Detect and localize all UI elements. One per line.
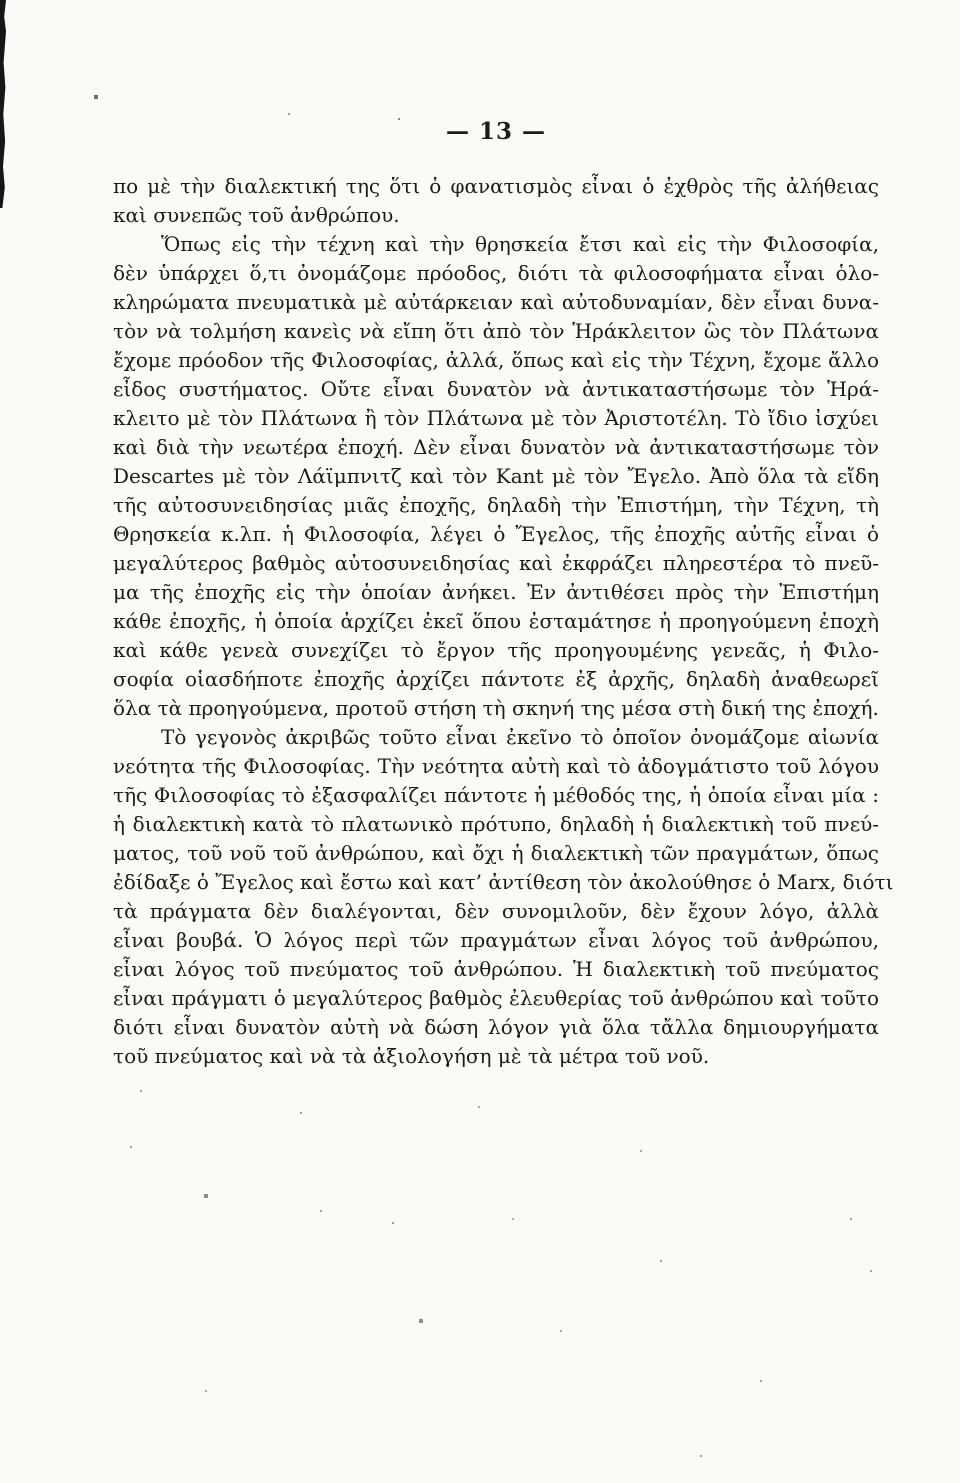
text-line: τὰ πράγματα δὲν διαλέγονται, δὲν συνομιλ… xyxy=(113,897,879,926)
text-line: Θρησκεία κ.λπ. ἡ Φιλοσοφία, λέγει ὁ Ἔγελ… xyxy=(113,520,879,549)
paragraph: Ὅπως εἰς τὴν τέχνη καὶ τὴν θρησκεία ἔτσι… xyxy=(113,230,879,723)
text-line: πο μὲ τὴν διαλεκτική της ὅτι ὁ φανατισμὸ… xyxy=(113,172,879,201)
text-line: εἶναι βουβά. Ὁ λόγος περὶ τῶν πραγμάτων … xyxy=(113,926,879,955)
text-line: ὅλα τὰ προηγούμενα, προτοῦ στήση τὴ σκην… xyxy=(113,694,879,723)
text-line: ματος, τοῦ νοῦ τοῦ ἀνθρώπου, καὶ ὄχι ἡ δ… xyxy=(113,839,879,868)
text-line: μεγαλύτερος βαθμὸς αὐτοσυνειδησίας καὶ ἐ… xyxy=(113,549,879,578)
text-line: καὶ διὰ τὴν νεωτέρα ἐποχή. Δὲν εἶναι δυν… xyxy=(113,433,879,462)
text-line: διότι εἶναι δυνατὸν αὐτὴ νὰ δώση λόγον γ… xyxy=(113,1013,879,1042)
paragraph: πο μὲ τὴν διαλεκτική της ὅτι ὁ φανατισμὸ… xyxy=(113,172,879,230)
text-line: καὶ συνεπῶς τοῦ ἀνθρώπου. xyxy=(113,201,879,230)
text-line: κληρώματα πνευματικὰ μὲ αὐτάρκειαν καὶ α… xyxy=(113,288,879,317)
text-line: κλειτο μὲ τὸν Πλάτωνα ἢ τὸν Πλάτωνα μὲ τ… xyxy=(113,404,879,433)
text-line: εἶναι λόγος τοῦ πνεύματος τοῦ ἀνθρώπου. … xyxy=(113,955,879,984)
book-page: — 13 — πο μὲ τὴν διαλεκτική της ὅτι ὁ φα… xyxy=(0,0,960,1483)
text-line: Descartes μὲ τὸν Λάϊμπνιτζ καὶ τὸν Kant … xyxy=(113,462,879,491)
text-line: μα τῆς ἐποχῆς εἰς τὴν ὁποίαν ἀνήκει. Ἐν … xyxy=(113,578,879,607)
text-line: δὲν ὑπάρχει ὅ,τι ὀνομάζομε πρόοδος, διότ… xyxy=(113,259,879,288)
scan-artifact-strip xyxy=(0,0,6,208)
scan-speckles xyxy=(0,0,2,2)
text-line: εἶδος συστήματος. Οὔτε εἶναι δυνατὸν νὰ … xyxy=(113,375,879,404)
text-line: τῆς Φιλοσοφίας τὸ ἐξασφαλίζει πάντοτε ἡ … xyxy=(113,781,879,810)
text-line: κάθε ἐποχῆς, ἡ ὁποία ἀρχίζει ἐκεῖ ὅπου ἐ… xyxy=(113,607,879,636)
text-line: τοῦ πνεύματος καὶ νὰ τὰ ἀξιολογήση μὲ τὰ… xyxy=(113,1042,879,1071)
page-text: πο μὲ τὴν διαλεκτική της ὅτι ὁ φανατισμὸ… xyxy=(113,172,879,1071)
page-number: — 13 — xyxy=(113,118,879,145)
text-line: εἶναι πράγματι ὁ μεγαλύτερος βαθμὸς ἐλευ… xyxy=(113,984,879,1013)
text-line: ἐδίδαξε ὁ Ἔγελος καὶ ἔστω καὶ κατ’ ἀντίθ… xyxy=(113,868,879,897)
text-line: νεότητα τῆς Φιλοσοφίας. Τὴν νεότητα αὐτὴ… xyxy=(113,752,879,781)
paragraph: Τὸ γεγονὸς ἀκριβῶς τοῦτο εἶναι ἐκεῖνο τὸ… xyxy=(113,723,879,1071)
text-line: σοφία οἱασδήποτε ἐποχῆς ἀρχίζει πάντοτε … xyxy=(113,665,879,694)
text-line: τῆς αὐτοσυνειδησίας μιᾶς ἐποχῆς, δηλαδὴ … xyxy=(113,491,879,520)
text-line: Ὅπως εἰς τὴν τέχνη καὶ τὴν θρησκεία ἔτσι… xyxy=(113,230,879,259)
text-line: καὶ κάθε γενεὰ συνεχίζει τὸ ἔργον τῆς πρ… xyxy=(113,636,879,665)
text-line: τὸν νὰ τολμήση κανεὶς νὰ εἴπη ὅτι ἀπὸ τὸ… xyxy=(113,317,879,346)
text-line: ἡ διαλεκτικὴ κατὰ τὸ πλατωνικὸ πρότυπο, … xyxy=(113,810,879,839)
page-content: — 13 — πο μὲ τὴν διαλεκτική της ὅτι ὁ φα… xyxy=(113,118,879,1071)
text-line: ἔχομε πρόοδον τῆς Φιλοσοφίας, ἀλλά, ὅπως… xyxy=(113,346,879,375)
text-line: Τὸ γεγονὸς ἀκριβῶς τοῦτο εἶναι ἐκεῖνο τὸ… xyxy=(113,723,879,752)
